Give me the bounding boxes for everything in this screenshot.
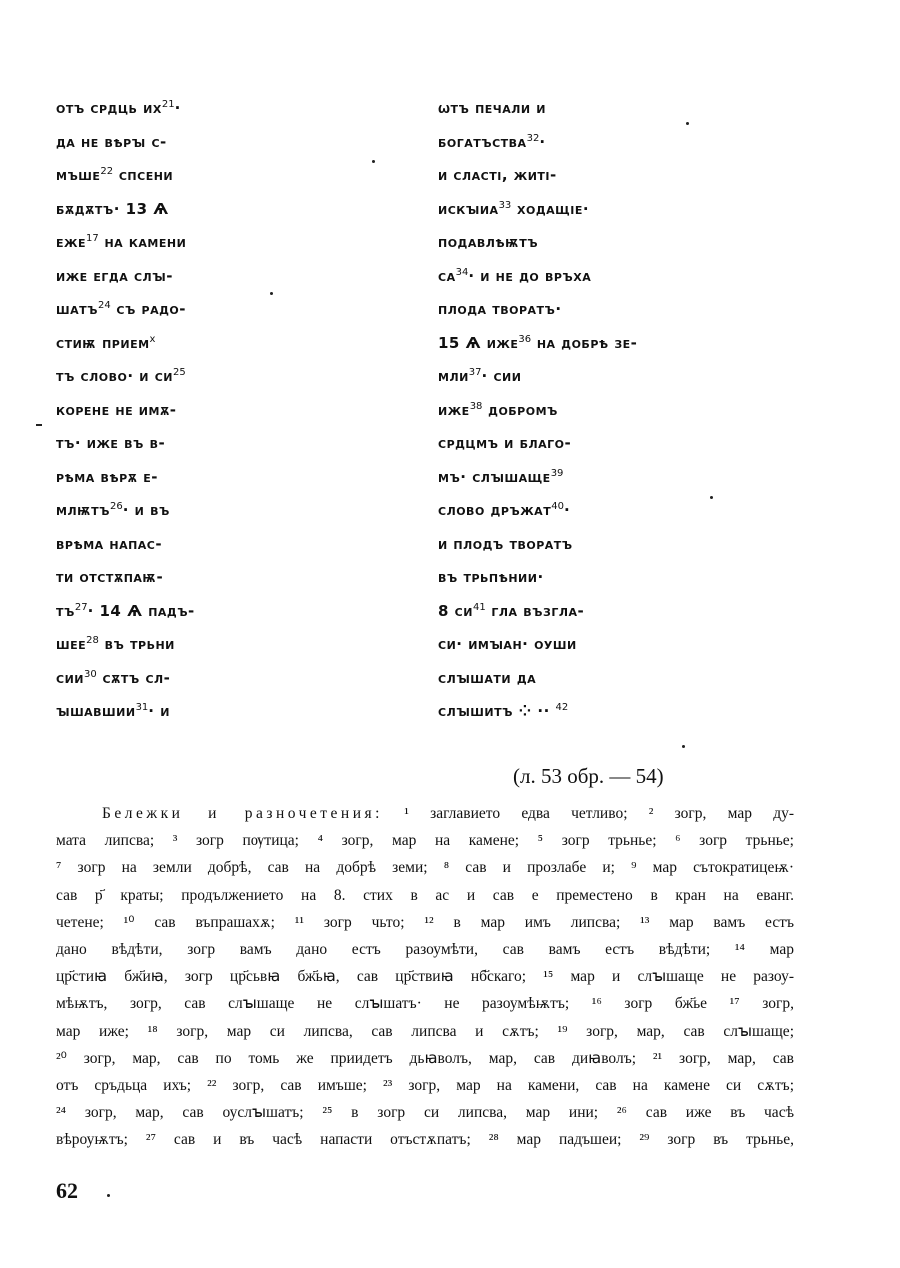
verse-text-tail: · xyxy=(539,133,545,151)
verse-text-tail: · и не до връха xyxy=(468,267,591,285)
verse-line: тъ· иже въ в- xyxy=(56,423,386,457)
verse-text: слово дръжат xyxy=(438,501,551,519)
verse-text-tail: на камени xyxy=(99,233,187,251)
verse-text: врѣма напас- xyxy=(56,535,162,553)
verse-text: богатъства xyxy=(438,133,527,151)
verse-line: мли37· сии xyxy=(438,356,838,390)
verse-text: мъ· слꙑшаще xyxy=(438,468,551,486)
verse-line: рѣма вѣрѫ е- xyxy=(56,457,386,491)
verse-line: слꙑшати да xyxy=(438,658,838,692)
footnote-marker: 38 xyxy=(470,401,483,412)
verse-text: млѭтъ xyxy=(56,501,110,519)
footnote-marker: 37 xyxy=(469,367,482,378)
verse-line: ти отстѫпаѭ- xyxy=(56,557,386,591)
notes-line: мата липсва; ³ зогр пѹтица; ⁴ зогр, мар … xyxy=(56,827,794,854)
verse-text: подавлѣѭтъ xyxy=(438,233,538,251)
scan-speck xyxy=(36,424,42,426)
verse-text: 15 Ѧ иже xyxy=(438,334,518,352)
verse-line: ѡтъ печали и xyxy=(438,88,838,122)
notes-line: отъ сръдьца ихъ; ²² зогр, сав имъше; ²³ … xyxy=(56,1072,794,1099)
footnote-marker: 34 xyxy=(456,267,469,278)
scanned-book-page: отъ срдць их21·да не вѣрꙑ с-мъше22 спсен… xyxy=(0,0,900,1268)
verse-text-tail: · сии xyxy=(482,367,522,385)
notes-line: ²⁰ зогр, мар, сав по томь же приидетъ дь… xyxy=(56,1045,794,1072)
verse-text: отъ срдць их xyxy=(56,99,162,117)
folio-reference: (л. 53 обр. — 54) xyxy=(513,764,664,789)
verse-text: ти отстѫпаѭ- xyxy=(56,568,163,586)
verse-line: шее28 въ трьни xyxy=(56,624,386,658)
verse-text-tail: спсени xyxy=(113,166,173,184)
verse-line: тъ27· 14 Ѧ падъ- xyxy=(56,591,386,625)
notes-line: ²⁴ зогр, мар, сав оуслꙑшатъ; ²⁵ в зогр с… xyxy=(56,1099,794,1126)
verse-line: слꙑшитъ ⁘ ·· 42 xyxy=(438,691,838,725)
verse-line: ꙑшавшии31· и xyxy=(56,691,386,725)
verse-text: и плодъ творатъ xyxy=(438,535,573,553)
footnote-marker: x xyxy=(150,334,156,345)
scan-speck xyxy=(372,160,375,163)
footnote-marker: 31 xyxy=(136,702,149,713)
verse-line: мъше22 спсени xyxy=(56,155,386,189)
verse-line: слово дръжат40· xyxy=(438,490,838,524)
verse-line: шатъ24 съ радо- xyxy=(56,289,386,323)
notes-line: вѣроуѭтъ; ²⁷ сав и въ часѣ напасти отъст… xyxy=(56,1126,794,1153)
notes-first-line: Бележки и разночетения: ¹ заглавието едв… xyxy=(56,800,794,827)
verse-text: иже егда слꙑ- xyxy=(56,267,173,285)
notes-line: мар иже; ¹⁸ зогр, мар си липсва, сав лип… xyxy=(56,1018,794,1045)
scan-speck xyxy=(682,745,685,748)
verse-text-tail: съ радо- xyxy=(111,300,186,318)
verse-text: и сласті, житі- xyxy=(438,166,557,184)
verse-text: ꙑшавшии xyxy=(56,702,136,720)
verse-line: сии30 сѫтъ сл- xyxy=(56,658,386,692)
notes-line: четене; ¹⁰ сав въпрашахѫ; ¹¹ зогр чьто; … xyxy=(56,909,794,936)
verse-line: подавлѣѭтъ xyxy=(438,222,838,256)
verse-line: си· имꙑан· оуши xyxy=(438,624,838,658)
footnote-marker: 39 xyxy=(551,468,564,479)
verse-text: искꙑиа xyxy=(438,200,499,218)
verse-text: въ трьпѣнии· xyxy=(438,568,544,586)
verse-line: врѣма напас- xyxy=(56,524,386,558)
verse-line: искꙑиа33 ходащіе· xyxy=(438,189,838,223)
verse-text-tail: · и xyxy=(148,702,170,720)
verse-line: богатъства32· xyxy=(438,122,838,156)
notes-line: дано вѣдѣти, зогр вамъ дано естъ разоумѣ… xyxy=(56,936,794,963)
verse-line: плода творатъ· xyxy=(438,289,838,323)
verse-line: иже егда слꙑ- xyxy=(56,256,386,290)
verse-line: мъ· слꙑшаще39 xyxy=(438,457,838,491)
verse-text: ѡтъ печали и xyxy=(438,99,546,117)
notes-line: сав р҃ краты; продължението на 8. стих в… xyxy=(56,882,794,909)
footnote-marker: 42 xyxy=(556,702,569,713)
verse-text: тъ слово· и си xyxy=(56,367,173,385)
verse-line: въ трьпѣнии· xyxy=(438,557,838,591)
verse-text: да не вѣрꙑ с- xyxy=(56,133,167,151)
verse-text-tail: · и въ xyxy=(123,501,170,519)
footnote-marker: 33 xyxy=(499,200,512,211)
verse-text: мъше xyxy=(56,166,100,184)
footnote-marker: 24 xyxy=(98,300,111,311)
verse-text: рѣма вѣрѫ е- xyxy=(56,468,158,486)
verse-line: стиѭ приемx xyxy=(56,323,386,357)
footnote-marker: 22 xyxy=(100,166,113,177)
verse-line: еже17 на камени xyxy=(56,222,386,256)
verse-line: корене не имѫ- xyxy=(56,390,386,424)
verse-text: сии xyxy=(56,669,84,687)
notes-heading: Бележки и разночетения: xyxy=(102,805,383,822)
verse-line: 8 си41 гла възгла- xyxy=(438,591,838,625)
verse-text-tail: · xyxy=(564,501,570,519)
verse-line: тъ слово· и си25 xyxy=(56,356,386,390)
verse-text: еже xyxy=(56,233,86,251)
verse-text: шатъ xyxy=(56,300,98,318)
footnote-marker: 36 xyxy=(518,334,531,345)
scan-speck xyxy=(686,122,689,125)
verse-text: иже xyxy=(438,401,470,419)
footnote-marker: 17 xyxy=(86,233,99,244)
page-number: 62 xyxy=(56,1178,78,1204)
footnote-marker: 21 xyxy=(162,99,175,110)
notes-and-variants: Бележки и разночетения: ¹ заглавието едв… xyxy=(56,800,794,1153)
footnote-marker: 40 xyxy=(551,501,564,512)
verse-text-tail: сѫтъ сл- xyxy=(97,669,171,687)
verse-text: си· имꙑан· оуши xyxy=(438,635,577,653)
footnote-marker: 26 xyxy=(110,501,123,512)
verse-text: са xyxy=(438,267,456,285)
verse-text-tail: ходащіе· xyxy=(511,200,589,218)
notes-line: ⁷ зогр на земли добрѣ, сав на добрѣ земи… xyxy=(56,854,794,881)
verse-text: тъ xyxy=(56,602,75,620)
verse-line: са34· и не до връха xyxy=(438,256,838,290)
verse-text: шее xyxy=(56,635,86,653)
verse-text: срдцмъ и благо- xyxy=(438,434,571,452)
footnote-marker: 41 xyxy=(473,602,486,613)
footnote-marker: 30 xyxy=(84,669,97,680)
verse-line: да не вѣрꙑ с- xyxy=(56,122,386,156)
footnote-marker: 25 xyxy=(173,367,186,378)
footnote-marker: 27 xyxy=(75,602,88,613)
verse-text-tail: · xyxy=(175,99,181,117)
verse-text-tail: гла възгла- xyxy=(486,602,585,620)
verse-text: плода творатъ· xyxy=(438,300,562,318)
left-text-column: отъ срдць их21·да не вѣрꙑ с-мъше22 спсен… xyxy=(56,88,386,725)
verse-line: 15 Ѧ иже36 на добрѣ зе- xyxy=(438,323,838,357)
verse-line: и сласті, житі- xyxy=(438,155,838,189)
scan-speck xyxy=(710,496,713,499)
verse-text-tail: на добрѣ зе- xyxy=(531,334,637,352)
scan-speck xyxy=(270,292,273,295)
verse-text: бѫдѫтъ· 13 Ѧ xyxy=(56,200,169,218)
verse-line: млѭтъ26· и въ xyxy=(56,490,386,524)
verse-line: бѫдѫтъ· 13 Ѧ xyxy=(56,189,386,223)
verse-text: корене не имѫ- xyxy=(56,401,177,419)
notes-line: мѣѭтъ, зогр, сав слꙑшаще не слꙑшатъ· не … xyxy=(56,990,794,1017)
verse-text-tail: въ трьни xyxy=(99,635,175,653)
notes-line: цр҃стиꙗ бж҃иꙗ, зогр цр҃сьвꙗ бж҃ьꙗ, сав ц… xyxy=(56,963,794,990)
verse-text: мли xyxy=(438,367,469,385)
verse-line: отъ срдць их21· xyxy=(56,88,386,122)
footnote-marker: 28 xyxy=(86,635,99,646)
verse-text: слꙑшитъ ⁘ ·· xyxy=(438,702,556,720)
notes-line-text: ¹ заглавието едва четливо; ² зогр, мар д… xyxy=(383,805,794,822)
verse-line: срдцмъ и благо- xyxy=(438,423,838,457)
verse-line: и плодъ творатъ xyxy=(438,524,838,558)
verse-text: 8 си xyxy=(438,602,473,620)
footnote-marker: 32 xyxy=(527,133,540,144)
verse-text-tail: · 14 Ѧ падъ- xyxy=(88,602,195,620)
verse-line: иже38 добромъ xyxy=(438,390,838,424)
verse-text: тъ· иже въ в- xyxy=(56,434,165,452)
verse-text: слꙑшати да xyxy=(438,669,536,687)
verse-text-tail: добромъ xyxy=(482,401,557,419)
right-text-column: ѡтъ печали ибогатъства32·и сласті, житі-… xyxy=(438,88,838,725)
verse-text: стиѭ прием xyxy=(56,334,150,352)
scan-speck xyxy=(107,1194,110,1197)
